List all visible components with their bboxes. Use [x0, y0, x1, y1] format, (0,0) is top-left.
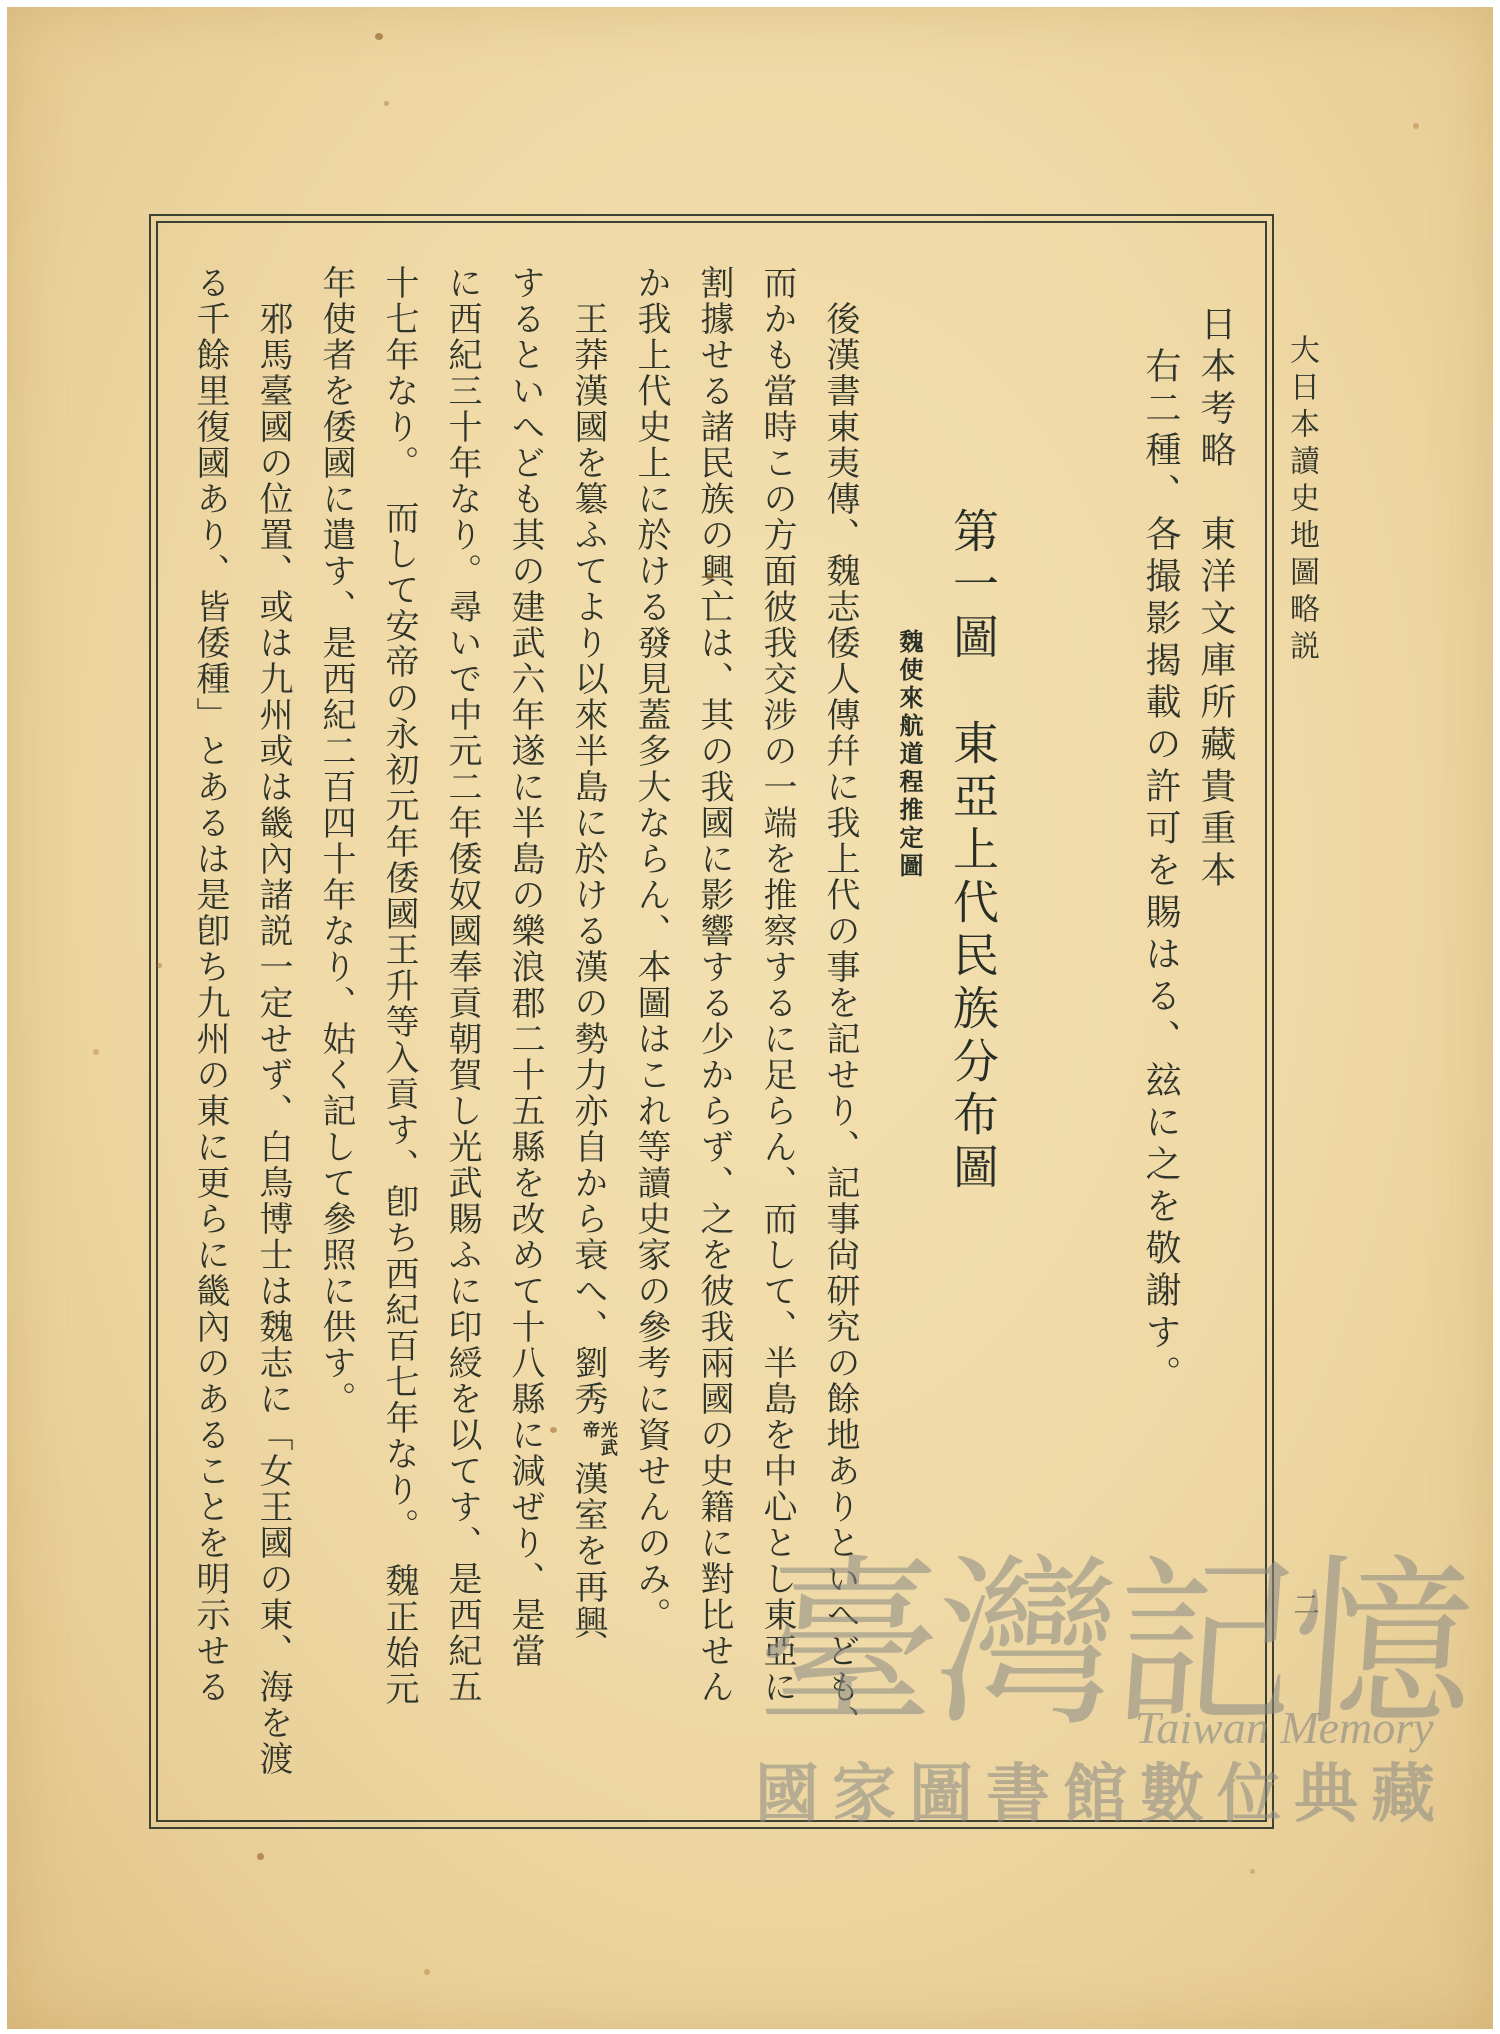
paper-stain: [424, 1969, 430, 1975]
page-number: 二: [1286, 1591, 1323, 1617]
preface-acknowledgement: 右二種、各撮影揭載の許可を賜はる、玆に之を敬謝す。: [1135, 347, 1186, 1397]
scanned-page-paper: 大日本讀史地圖略説 二 日本考略 東洋文庫所藏貴重本 右二種、各撮影揭載の許可を…: [7, 7, 1493, 2029]
body-column-1: 後漢書東夷傳、魏志倭人傳幷に我上代の事を記せり、記事尙研究の餘地ありといへども、: [816, 265, 865, 1741]
body-column-5-text-before: 王莽漢國を簒ふてより以來半島に於ける漢の勢力亦自から衰へ、劉秀: [568, 265, 608, 1417]
body-column-7: に西紀三十年なり。尋いで中元二年倭奴國奉貢朝賀し光武賜ふに印綬を以てす、是西紀五: [438, 265, 487, 1705]
preface-source-line: 日本考略 東洋文庫所藏貴重本: [1190, 305, 1241, 893]
paper-stain: [1250, 1869, 1255, 1874]
inline-gloss-note: 光武帝: [579, 1421, 615, 1457]
figure-heading: 第一圖 東亞上代民族分布圖: [940, 507, 1006, 1196]
running-head-title: 大日本讀史地圖略説: [1279, 334, 1323, 667]
body-column-6: するといへども其の建武六年遂に半島の樂浪郡二十五縣を改めて十八縣に減ぜり、是當: [501, 265, 550, 1669]
paper-stain: [375, 33, 383, 40]
body-column-2: 而かも當時この方面彼我交涉の一端を推察するに足らん、而して、半島を中心とし東亞に: [753, 265, 802, 1705]
paper-stain: [1413, 123, 1419, 129]
body-column-9: 年使者を倭國に遣す、是西紀二百四十年なり、姑く記して參照に供す。: [312, 265, 361, 1417]
body-column-4: か我上代史上に於ける發見蓋多大ならん、本圖はこれ等讀史家の參考に資せんのみ。: [627, 265, 676, 1633]
body-column-3: 割據せる諸民族の興亡は、其の我國に影響する少からず、之を彼我兩國の史籍に對比せん: [690, 265, 739, 1705]
body-column-8: 十七年なり。 而して安帝の永初元年倭國王升等入貢す、卽ち西紀百七年なり。 魏正始…: [375, 265, 424, 1707]
paper-stain: [384, 101, 389, 106]
paper-stain: [93, 1049, 99, 1055]
body-column-5: 王莽漢國を簒ふてより以來半島に於ける漢の勢力亦自から衰へ、劉秀光武帝漢室を再興: [564, 265, 615, 1641]
body-column-10: 邪馬臺國の位置、或は九州或は畿內諸説一定せず、白鳥博士は魏志に「女王國の東、海を…: [249, 265, 298, 1777]
body-column-5-text-after: 漢室を再興: [568, 1461, 608, 1641]
figure-subheading: 魏使來航道程推定圖: [891, 629, 926, 881]
body-column-11: る千餘里復國あり、皆倭種」とあるは是卽ち九州の東に更らに畿內のあることを明示せる: [186, 265, 235, 1705]
inline-gloss-left-half: 帝: [579, 1421, 597, 1457]
paper-stain: [257, 1853, 264, 1860]
inline-gloss-right-half: 光武: [597, 1421, 615, 1457]
